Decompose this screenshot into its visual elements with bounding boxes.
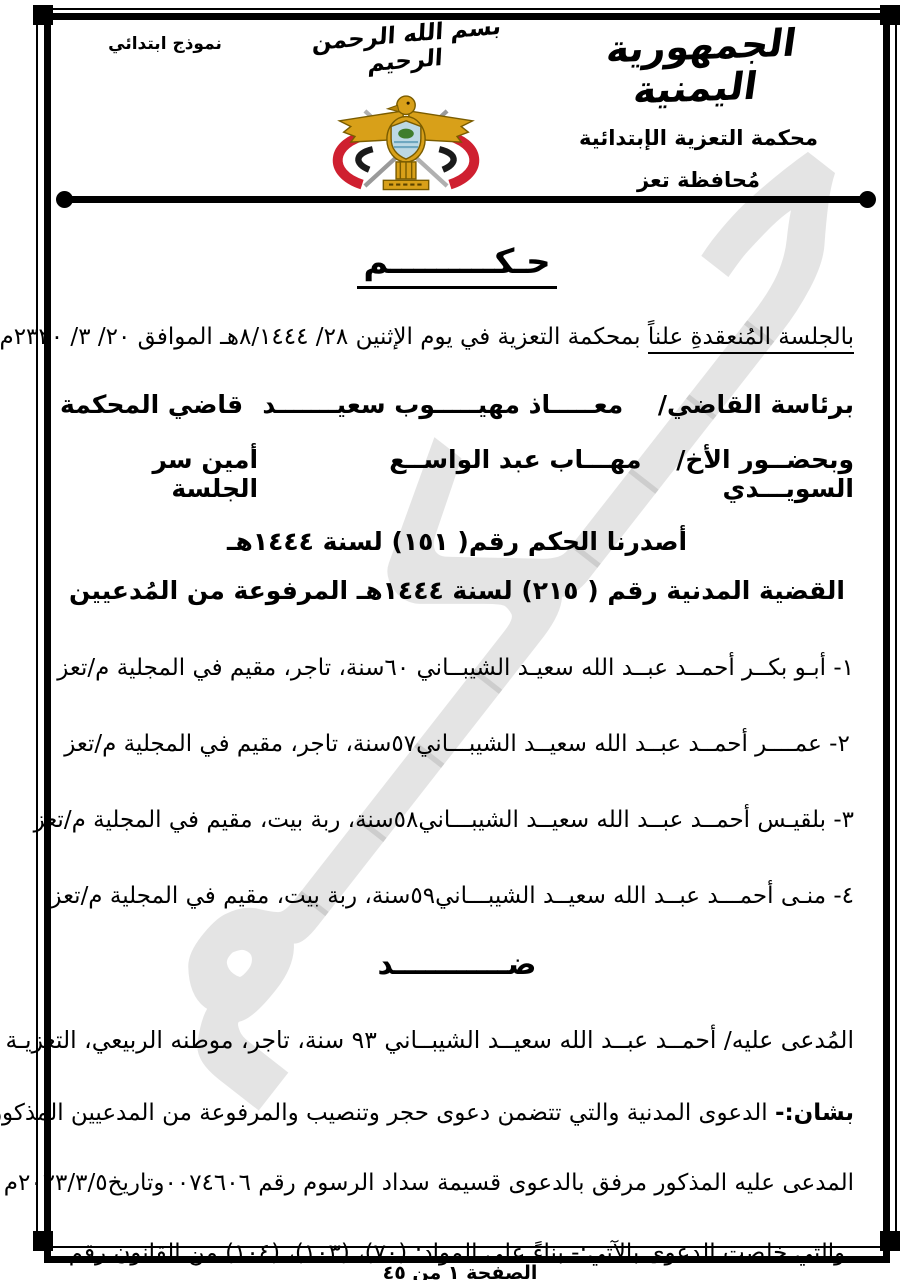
separator-bullet [859, 191, 876, 208]
header-separator-rule [58, 196, 874, 203]
presided-label: برئاسة القاضي/ [658, 390, 854, 419]
fees-line: المدعى عليه المذكور مرفق بالدعوى قسيمة س… [60, 1170, 854, 1196]
separator-bullet [56, 191, 73, 208]
case-number-line: القضية المدنية رقم ( ٢١٥) لسنة ١٤٤٤هـ ال… [60, 576, 854, 605]
ruling-number-line: أصدرنا الحكم رقم( ١٥١) لسنة ١٤٤٤هـ [60, 527, 854, 556]
session-line: بالجلسة المُنعقدةِ علناً بمحكمة التعزية … [60, 324, 854, 350]
judge-title: قاضي المحكمة [60, 390, 243, 419]
header-center-block: بسم الله الرحمن الرحيم [291, 20, 521, 192]
header-right-block: الجمهورية اليمنية محكمة التعزية الإبتدائ… [541, 20, 856, 192]
court-name: محكمة التعزية الإبتدائية [541, 126, 856, 150]
frame-corner [880, 5, 900, 25]
frame-corner [33, 5, 53, 25]
document-header: الجمهورية اليمنية محكمة التعزية الإبتدائ… [60, 20, 856, 192]
secretary-title: أمين سر الجلسة [60, 445, 258, 503]
header-left-block: نموذج ابتدائي [60, 20, 270, 192]
judgment-title-text: حـكـــــــــم [357, 242, 556, 289]
secretary-row: وبحضــور الأخ/ مهـــاب عبد الواســع السو… [60, 445, 854, 503]
yemen-emblem-icon [291, 74, 521, 200]
plaintiff-line: ١- أبـو بكــر أحمــد عبــد الله سعيـد ال… [60, 655, 854, 681]
presence-label: وبحضــور الأخ/ [676, 445, 854, 474]
judgment-body: حـكـــــــــم بالجلسة المُنعقدةِ علناً ب… [60, 230, 854, 1266]
versus-heading: ضـــــــــــد [60, 947, 854, 982]
secretary-label-name: وبحضــور الأخ/ مهـــاب عبد الواســع السو… [258, 445, 854, 503]
frame-corner [880, 1231, 900, 1251]
judge-name: معـــــاذ مهيـــــوب سعيـــــــد [262, 390, 623, 419]
republic-title: الجمهورية اليمنية [534, 21, 863, 116]
subject-line: بشان:- الدعوى المدنية والتي تتضمن دعوى ح… [60, 1100, 854, 1126]
frame-corner [33, 1231, 53, 1251]
governorate-name: مُحافظة تعز [541, 168, 856, 192]
defendant-line: المُدعى عليه/ أحمــد عبــد الله سعيــد ا… [60, 1026, 854, 1054]
subject-label: بشان:- [775, 1100, 854, 1126]
session-rest-text: بمحكمة التعزية في يوم الإثنين ٢٨/ ٨/١٤٤٤… [0, 324, 648, 350]
page-number-footer: الصفحة ١ من ٤٥ [0, 1262, 920, 1280]
form-type-label: نموذج ابتدائي [60, 34, 270, 54]
plaintiff-line: ٤- منـى أحمـــد عبــد الله سعيــد الشيبـ… [60, 883, 854, 909]
court-document-page: حـــكـــم الجمهورية اليمنية محكمة التعزي… [0, 0, 920, 1280]
subject-text: الدعوى المدنية والتي تتضمن دعوى حجر وتنص… [0, 1100, 775, 1126]
judge-label-name: برئاسة القاضي/ معـــــاذ مهيـــــوب سعيـ… [262, 390, 854, 419]
judgment-title: حـكـــــــــم [60, 242, 854, 282]
plaintiff-line: ٢- عمــــر أحمــد عبــد الله سعيــد الشي… [60, 731, 854, 757]
judge-row: برئاسة القاضي/ معـــــاذ مهيـــــوب سعيـ… [60, 390, 854, 419]
session-underlined-text: بالجلسة المُنعقدةِ علناً [648, 324, 854, 354]
plaintiff-line: ٣- بلقيـس أحمــد عبــد الله سعيــد الشيب… [60, 807, 854, 833]
